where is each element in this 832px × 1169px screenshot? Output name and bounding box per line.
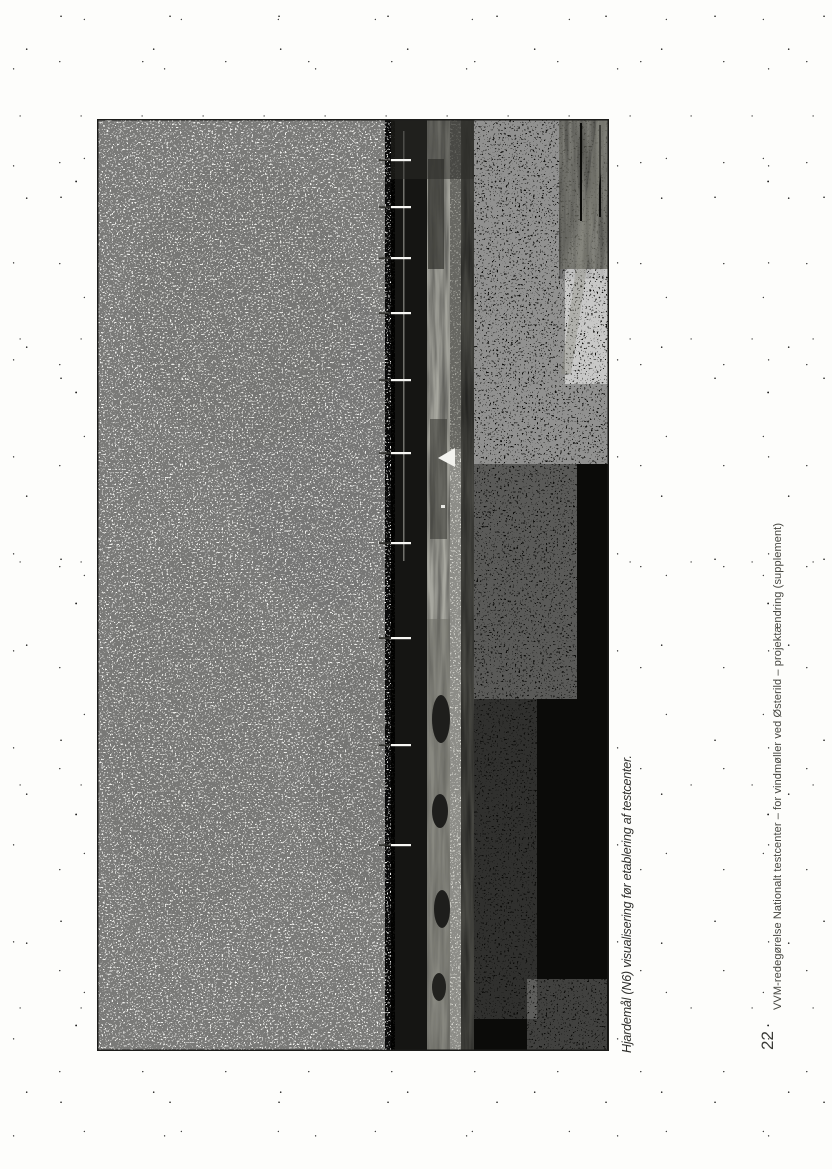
footer-text: VVM-redegørelse Nationalt testcenter – f… — [770, 523, 786, 1010]
page-number: 22 — [757, 1031, 779, 1050]
scanned-page: Hjardemål (N6) visualisering før etabler… — [0, 0, 832, 1169]
landscape-photo-graphic — [97, 119, 609, 1051]
figure-caption: Hjardemål (N6) visualisering før etabler… — [617, 755, 637, 1053]
landscape-photo — [97, 119, 609, 1051]
